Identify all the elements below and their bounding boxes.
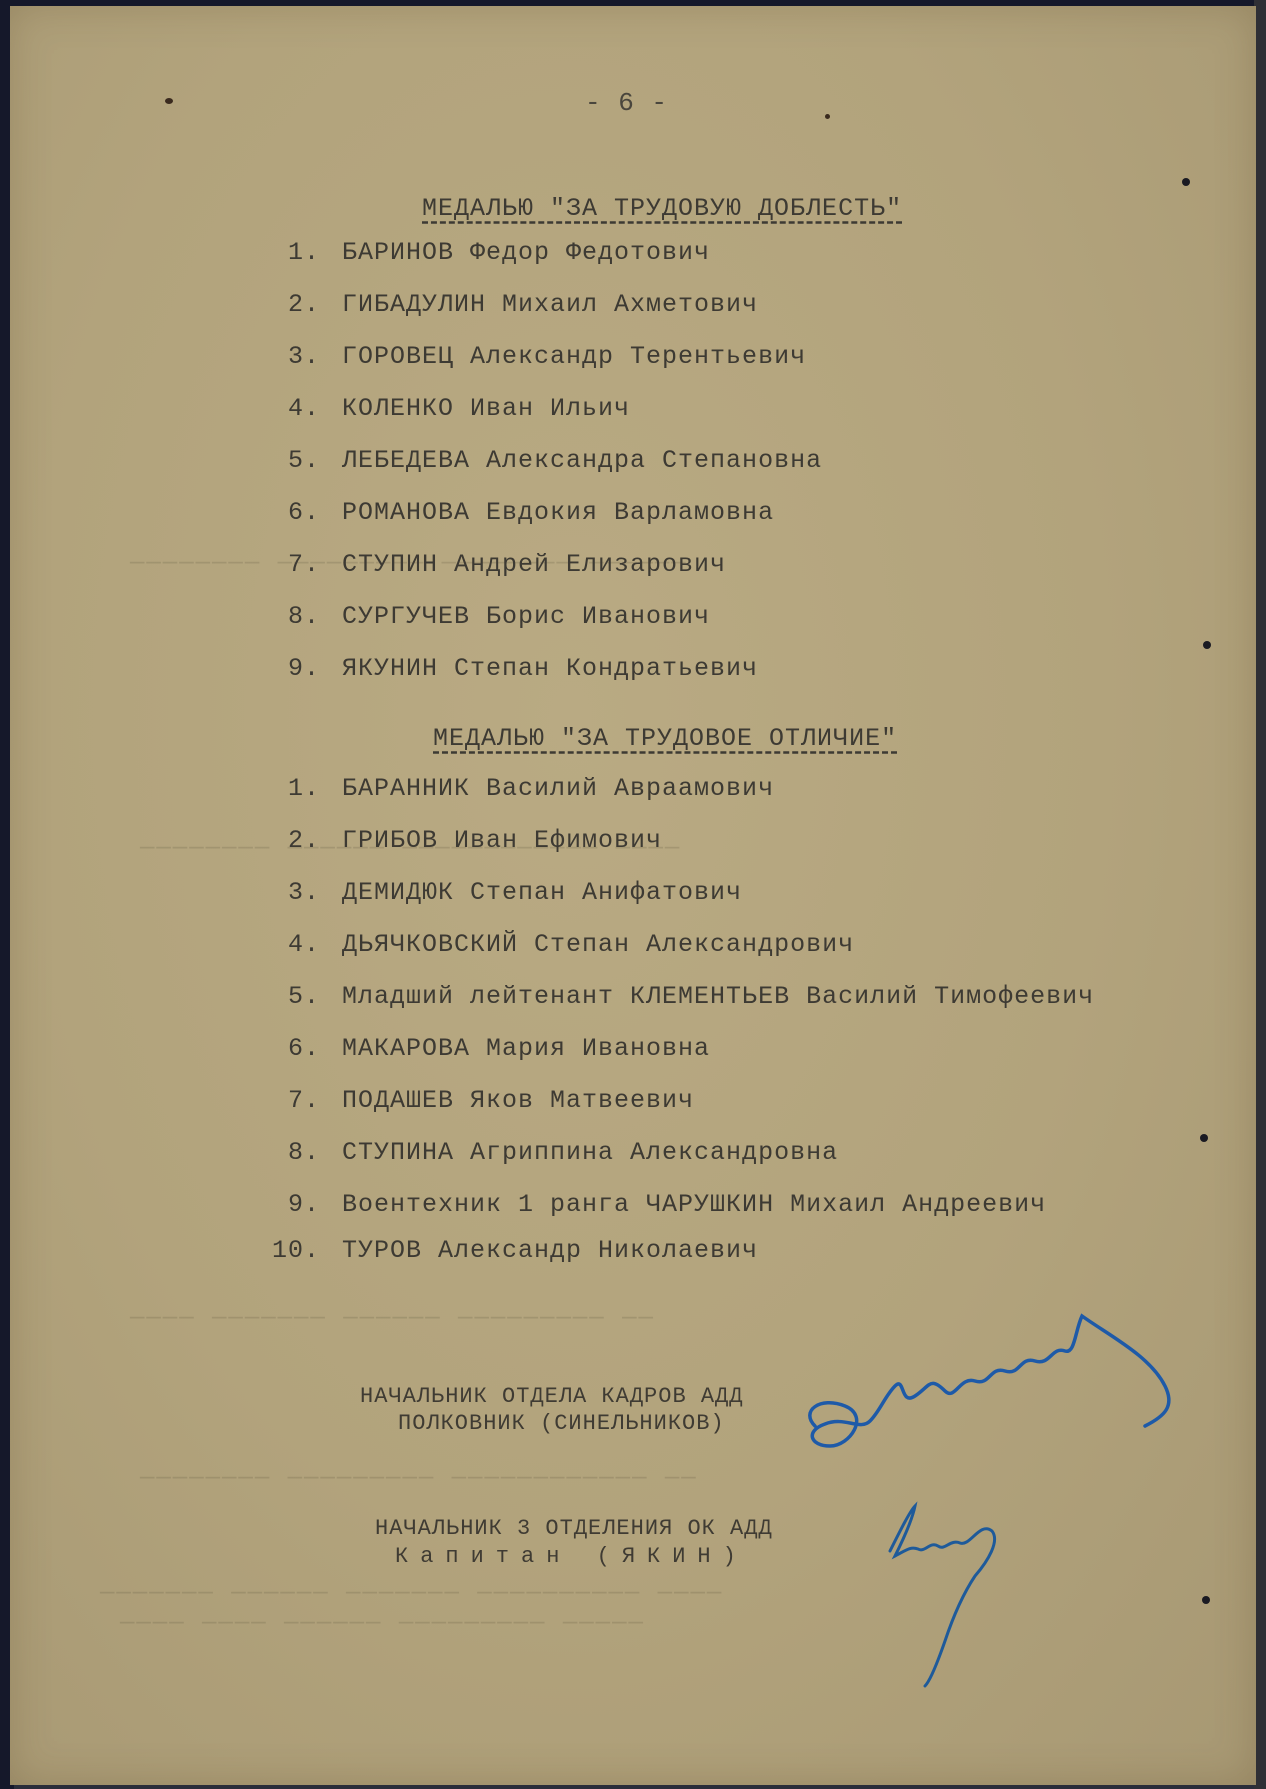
handwritten-signature-icon: [790, 1296, 1190, 1476]
list-item: 9.Воентехник 1 ранга ЧАРУШКИН Михаил Анд…: [270, 1190, 1046, 1219]
section-heading-labor-distinction: МЕДАЛЬЮ "ЗА ТРУДОВОЕ ОТЛИЧИЕ": [433, 724, 897, 753]
list-item: 3.ДЕМИДЮК Степан Анифатович: [270, 878, 742, 907]
document-page: ──────── ───────── ──────── ────── ─────…: [10, 6, 1256, 1785]
signatory-rank-name: ПОЛКОВНИК (СИНЕЛЬНИКОВ): [398, 1411, 725, 1436]
list-item: 8.СУРГУЧЕВ Борис Иванович: [270, 602, 710, 631]
list-item: 7.ПОДАШЕВ Яков Матвеевич: [270, 1086, 694, 1115]
list-item: 4.ДЬЯЧКОВСКИЙ Степан Александрович: [270, 930, 854, 959]
list-item: 9.ЯКУНИН Степан Кондратьевич: [270, 654, 758, 683]
list-item: 6.МАКАРОВА Мария Ивановна: [270, 1034, 710, 1063]
list-item: 10.ТУРОВ Александр Николаевич: [270, 1236, 758, 1265]
list-item: 6.РОМАНОВА Евдокия Варламовна: [270, 498, 774, 527]
list-item: 8.СТУПИНА Агриппина Александровна: [270, 1138, 838, 1167]
paper-stain: [165, 98, 173, 104]
bleed-through-text: ─────── ────── ─────── ────────── ────: [100, 1581, 723, 1608]
signatory-title: НАЧАЛЬНИК ОТДЕЛА КАДРОВ АДД: [360, 1384, 743, 1409]
bleed-through-text: ──── ─────── ────── ───────── ──: [130, 1306, 655, 1333]
list-item: 2.ГРИБОВ Иван Ефимович: [270, 826, 662, 855]
bleed-through-text: ──── ──── ────── ───────── ─────: [120, 1611, 645, 1638]
list-item: 5.ЛЕБЕДЕВА Александра Степановна: [270, 446, 822, 475]
signatory-rank-name: Капитан (ЯКИН): [395, 1544, 748, 1569]
paper-stain: [825, 114, 830, 119]
punch-hole: [1182, 178, 1190, 186]
punch-hole: [1200, 1134, 1208, 1142]
signatory-title: НАЧАЛЬНИК 3 ОТДЕЛЕНИЯ ОК АДД: [375, 1516, 773, 1541]
list-item: 7.СТУПИН Андрей Елизарович: [270, 550, 726, 579]
list-item: 2.ГИБАДУЛИН Михаил Ахметович: [270, 290, 758, 319]
punch-hole: [1203, 641, 1211, 649]
list-item: 1.БАРАННИК Василий Авраамович: [270, 774, 774, 803]
list-item: 5.Младший лейтенант КЛЕМЕНТЬЕВ Василий Т…: [270, 982, 1094, 1011]
list-item: 3.ГОРОВЕЦ Александр Терентьевич: [270, 342, 806, 371]
list-item: 1.БАРИНОВ Федор Федотович: [270, 238, 710, 267]
section-heading-labor-valor: МЕДАЛЬЮ "ЗА ТРУДОВУЮ ДОБЛЕСТЬ": [422, 194, 902, 223]
handwritten-signature-icon: [870, 1501, 1050, 1701]
punch-hole: [1202, 1596, 1210, 1604]
bleed-through-text: ──────── ───────── ──────────── ──: [140, 1466, 698, 1493]
page-number: - 6 -: [585, 88, 668, 118]
list-item: 4.КОЛЕНКО Иван Ильич: [270, 394, 630, 423]
